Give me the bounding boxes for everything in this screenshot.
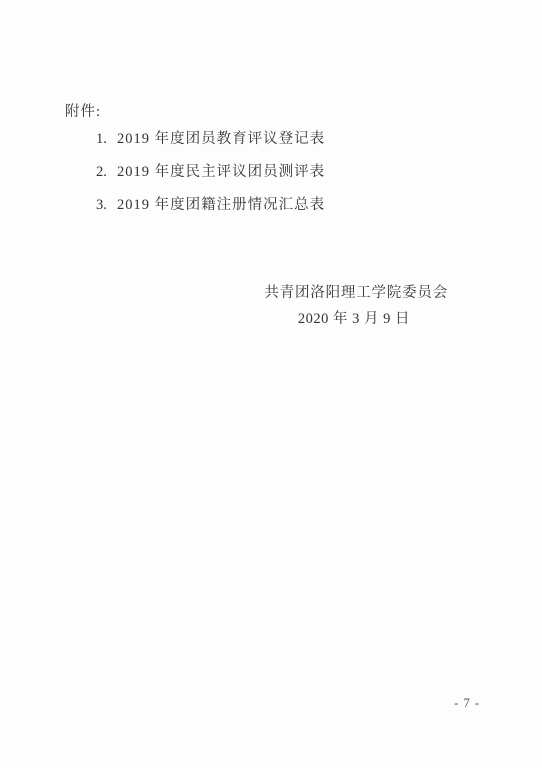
attachment-number: 1. <box>96 131 117 148</box>
issue-date: 2020 年 3 月 9 日 <box>298 307 410 328</box>
attachment-title: 2019 年度团员教育评议登记表 <box>117 131 325 147</box>
attachment-title: 2019 年度民主评议团员测评表 <box>117 164 325 180</box>
attachments-label: 附件: <box>65 100 101 121</box>
attachment-item: 1.2019 年度团员教育评议登记表 <box>96 127 325 148</box>
scanned-document-page: 附件: 1.2019 年度团员教育评议登记表 2.2019 年度民主评议团员测评… <box>0 0 542 768</box>
attachment-title: 2019 年度团籍注册情况汇总表 <box>117 197 325 213</box>
page-number: - 7 - <box>454 696 480 711</box>
issuing-organization: 共青团洛阳理工学院委员会 <box>264 281 448 302</box>
attachment-item: 2.2019 年度民主评议团员测评表 <box>96 160 325 181</box>
attachment-number: 2. <box>96 164 117 181</box>
attachment-item: 3.2019 年度团籍注册情况汇总表 <box>96 193 325 214</box>
attachment-number: 3. <box>96 197 117 214</box>
